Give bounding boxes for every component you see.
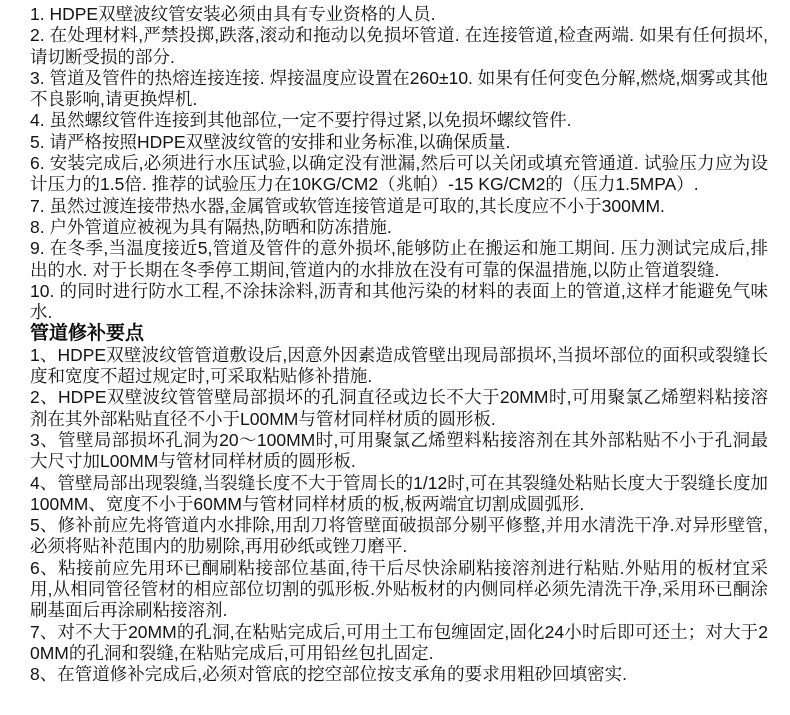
repair-item-8: 8、在管道修补完成后,必须对管底的挖空部位按支承角的要求用粗砂回填密实. xyxy=(30,664,768,685)
repair-item-7: 7、对不大于20MM的孔洞,在粘贴完成后,可用土工布包缠固定,固化24小时后即可… xyxy=(30,622,768,665)
installation-item-8: 8. 户外管道应被视为具有隔热,防晒和防冻措施. xyxy=(30,217,768,238)
installation-item-3: 3. 管道及管件的热熔连接连接. 焊接温度应设置在260±10. 如果有任何变色… xyxy=(30,68,768,111)
installation-item-5: 5. 请严格按照HDPE双壁波纹管的安排和业务标准,以确保质量. xyxy=(30,132,768,153)
repair-item-5: 5、修补前应先将管道内水排除,用刮刀将管壁面破损部分剔平修整,并用水清洗干净.对… xyxy=(30,515,768,558)
installation-item-9: 9. 在冬季,当温度接近5,管道及管件的意外损坏,能够防止在搬运和施工期间. 压… xyxy=(30,238,768,281)
installation-item-1: 1. HDPE双壁波纹管安装必须由具有专业资格的人员. xyxy=(30,4,768,25)
repair-item-4: 4、管壁局部出现裂缝,当裂缝长度不大于管周长的1/12时,可在其裂缝处粘贴长度大… xyxy=(30,473,768,516)
repair-item-3: 3、管壁局部损坏孔洞为20～100MM时,可用聚氯乙烯塑料粘接溶剂在其外部粘贴不… xyxy=(30,430,768,473)
repair-item-1: 1、HDPE双壁波纹管管道敷设后,因意外因素造成管壁出现局部损坏,当损坏部位的面… xyxy=(30,345,768,388)
installation-item-6: 6. 安装完成后,必须进行水压试验,以确定没有泄漏,然后可以关闭或填充管通道. … xyxy=(30,153,768,196)
repair-item-6: 6、粘接前应先用环已酮刷粘接部位基面,待干后尽快涂刷粘接溶剂进行粘贴.外贴用的板… xyxy=(30,558,768,622)
instruction-document: 1. HDPE双壁波纹管安装必须由具有专业资格的人员. 2. 在处理材料,严禁投… xyxy=(0,0,790,715)
repair-section-heading: 管道修补要点 xyxy=(30,323,768,344)
installation-item-4: 4. 虽然螺纹管件连接到其他部位,一定不要拧得过紧,以免损坏螺纹管件. xyxy=(30,110,768,131)
repair-item-2: 2、HDPE双壁波纹管管壁局部损坏的孔洞直径或边长不大于20MM时,可用聚氯乙烯… xyxy=(30,387,768,430)
installation-item-7: 7. 虽然过渡连接带热水器,金属管或软管连接管道是可取的,其长度应不小于300M… xyxy=(30,196,768,217)
installation-item-2: 2. 在处理材料,严禁投掷,跌落,滚动和拖动以免损坏管道. 在连接管道,检查两端… xyxy=(30,25,768,68)
installation-item-10: 10. 的同时进行防水工程,不涂抹涂料,沥青和其他污染的材料的表面上的管道,这样… xyxy=(30,281,768,324)
